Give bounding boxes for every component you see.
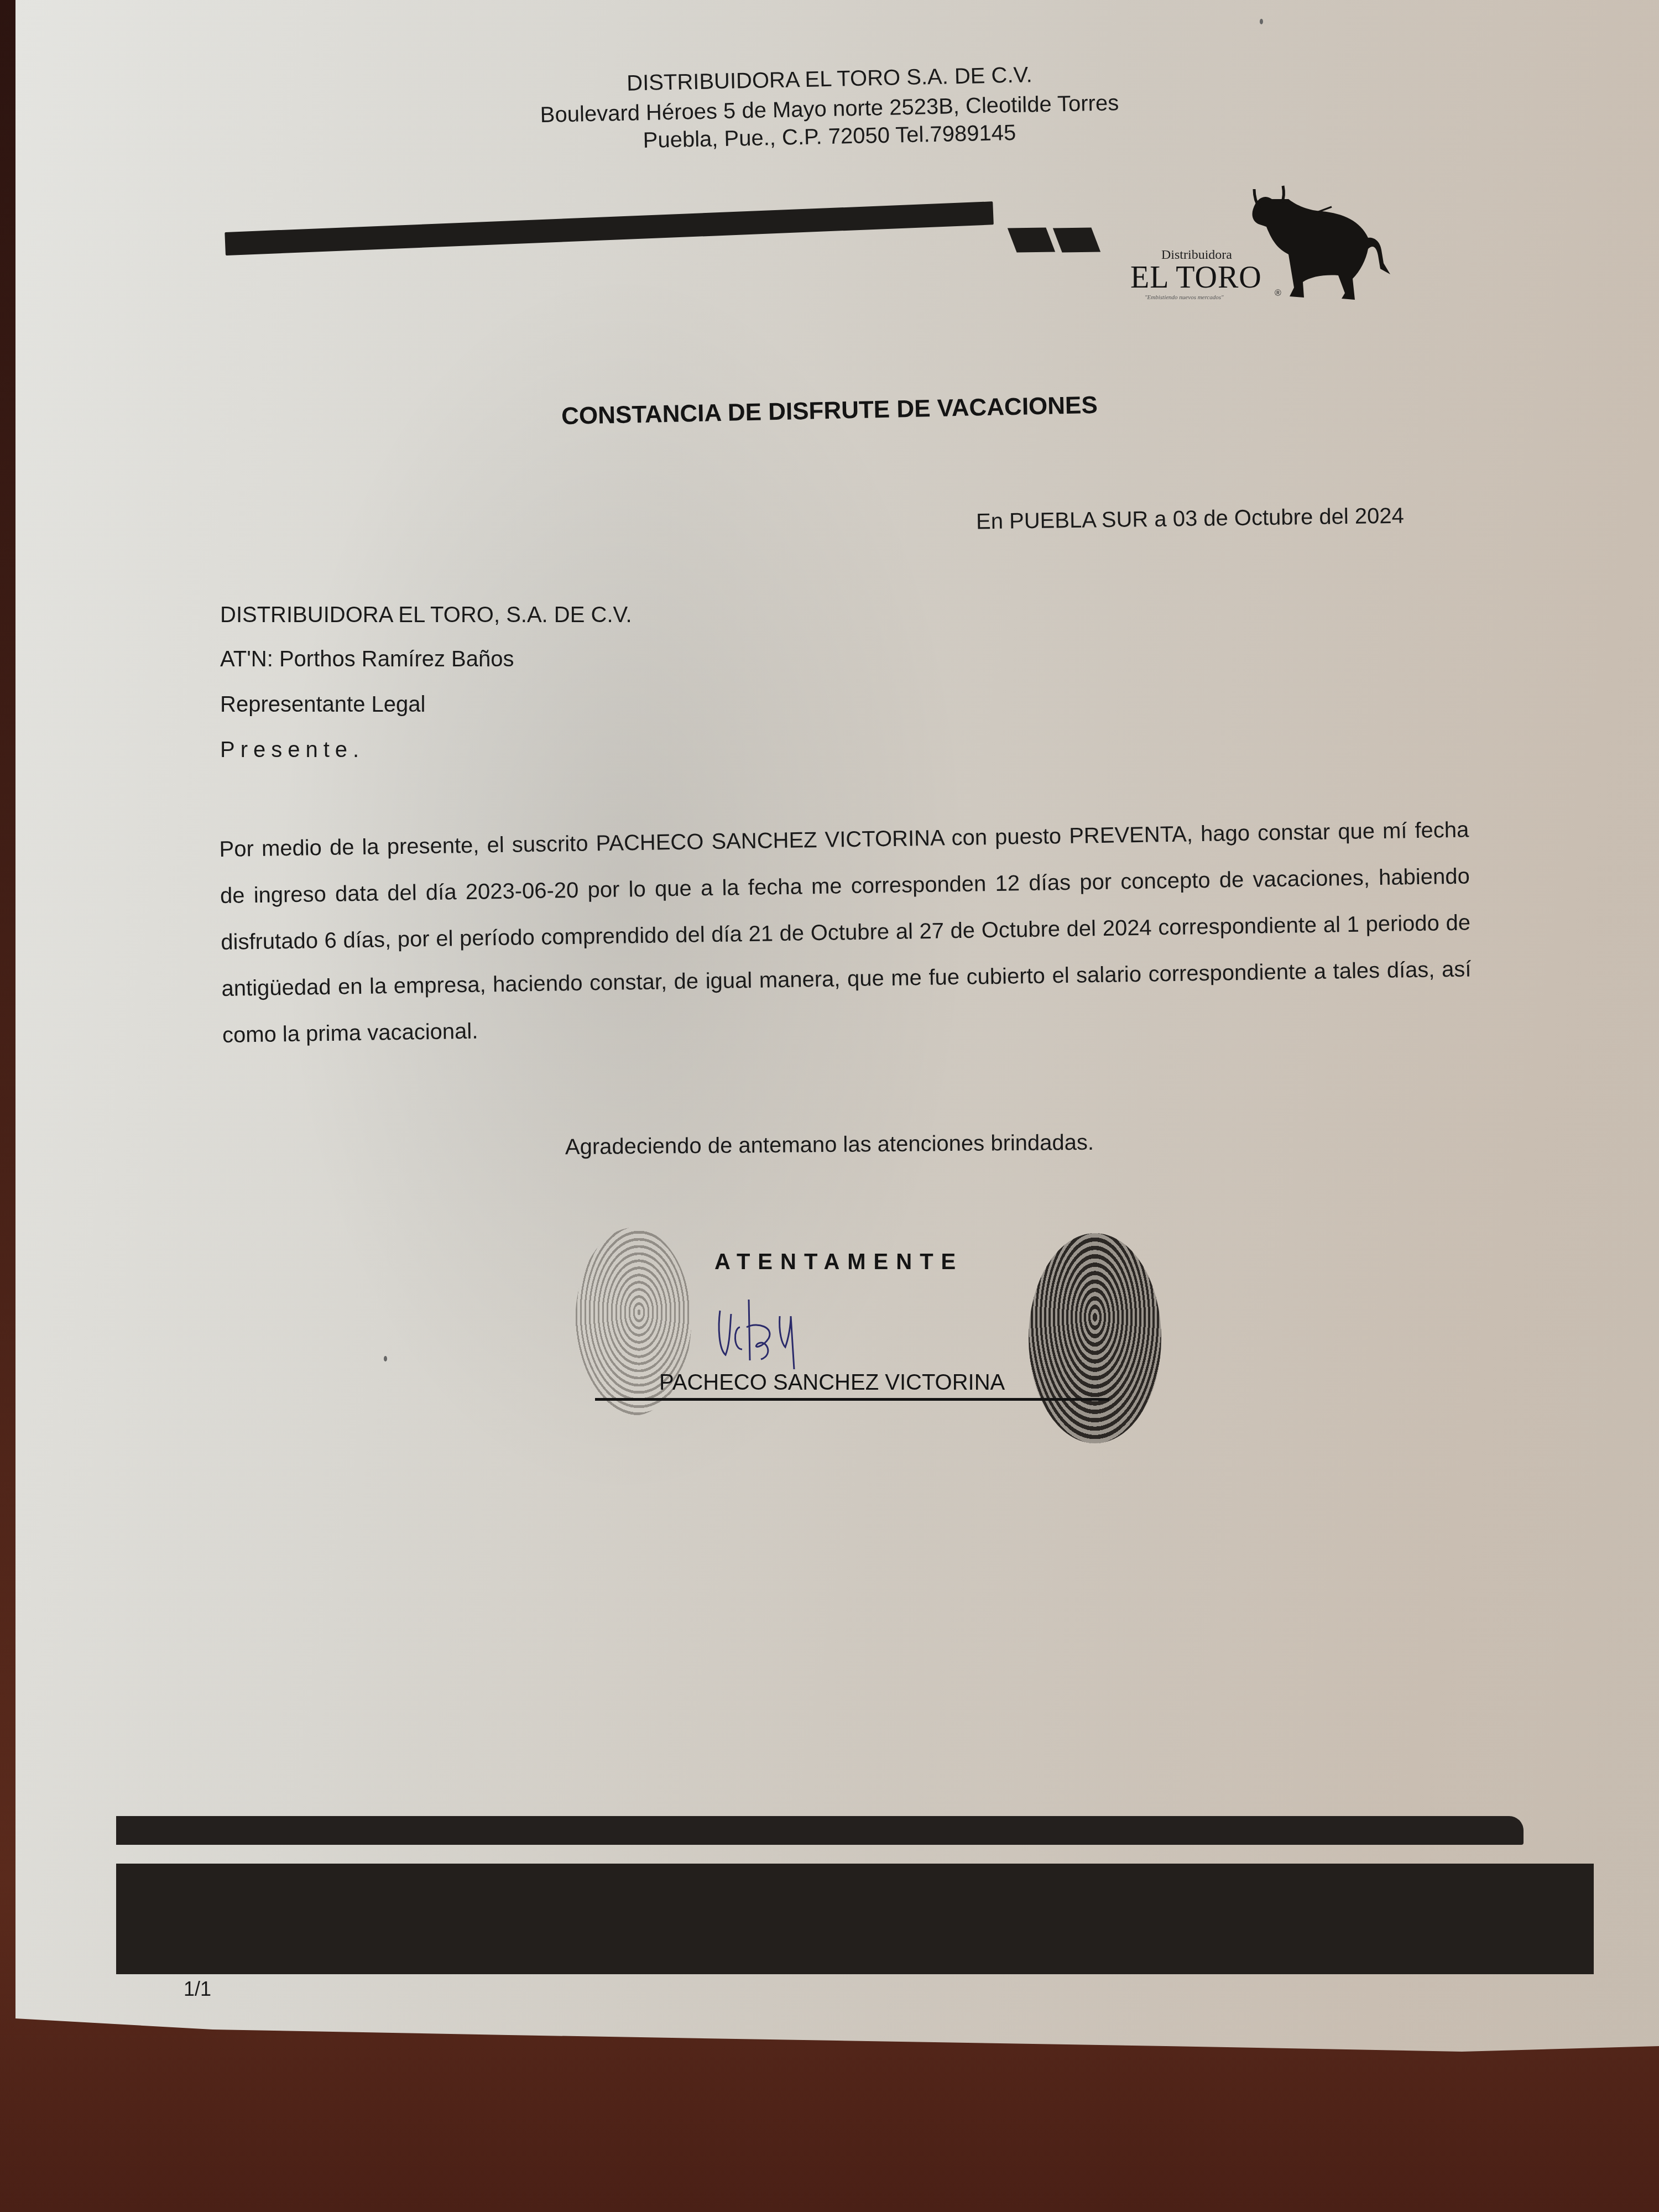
fingerprint-right [1029, 1233, 1161, 1443]
addressee-company: DISTRIBUIDORA EL TORO, S.A. DE C.V. [220, 603, 632, 628]
addressee-presente: Presente. [220, 738, 364, 763]
footer-stripe [116, 1816, 1524, 1845]
sign-off: ATENTAMENTE [714, 1250, 963, 1275]
page-number: 1/1 [184, 1978, 211, 2001]
footer-band [116, 1864, 1594, 1974]
signature-line [595, 1398, 1109, 1401]
signer-name: PACHECO SANCHEZ VICTORINA [659, 1370, 1005, 1395]
logo-tagline: "Embistiendo nuevos mercados" [1145, 294, 1224, 301]
registered-mark: ® [1275, 289, 1281, 299]
addressee-role: Representante Legal [220, 692, 425, 717]
paper-speck [384, 1356, 387, 1361]
signature-icon [713, 1294, 824, 1371]
body-paragraph: Por medio de la presente, el suscrito PA… [219, 807, 1472, 1058]
addressee-attention: AT'N: Porthos Ramírez Baños [220, 647, 514, 672]
paper-speck [1260, 19, 1263, 24]
logo-brand: EL TORO [1130, 260, 1262, 295]
